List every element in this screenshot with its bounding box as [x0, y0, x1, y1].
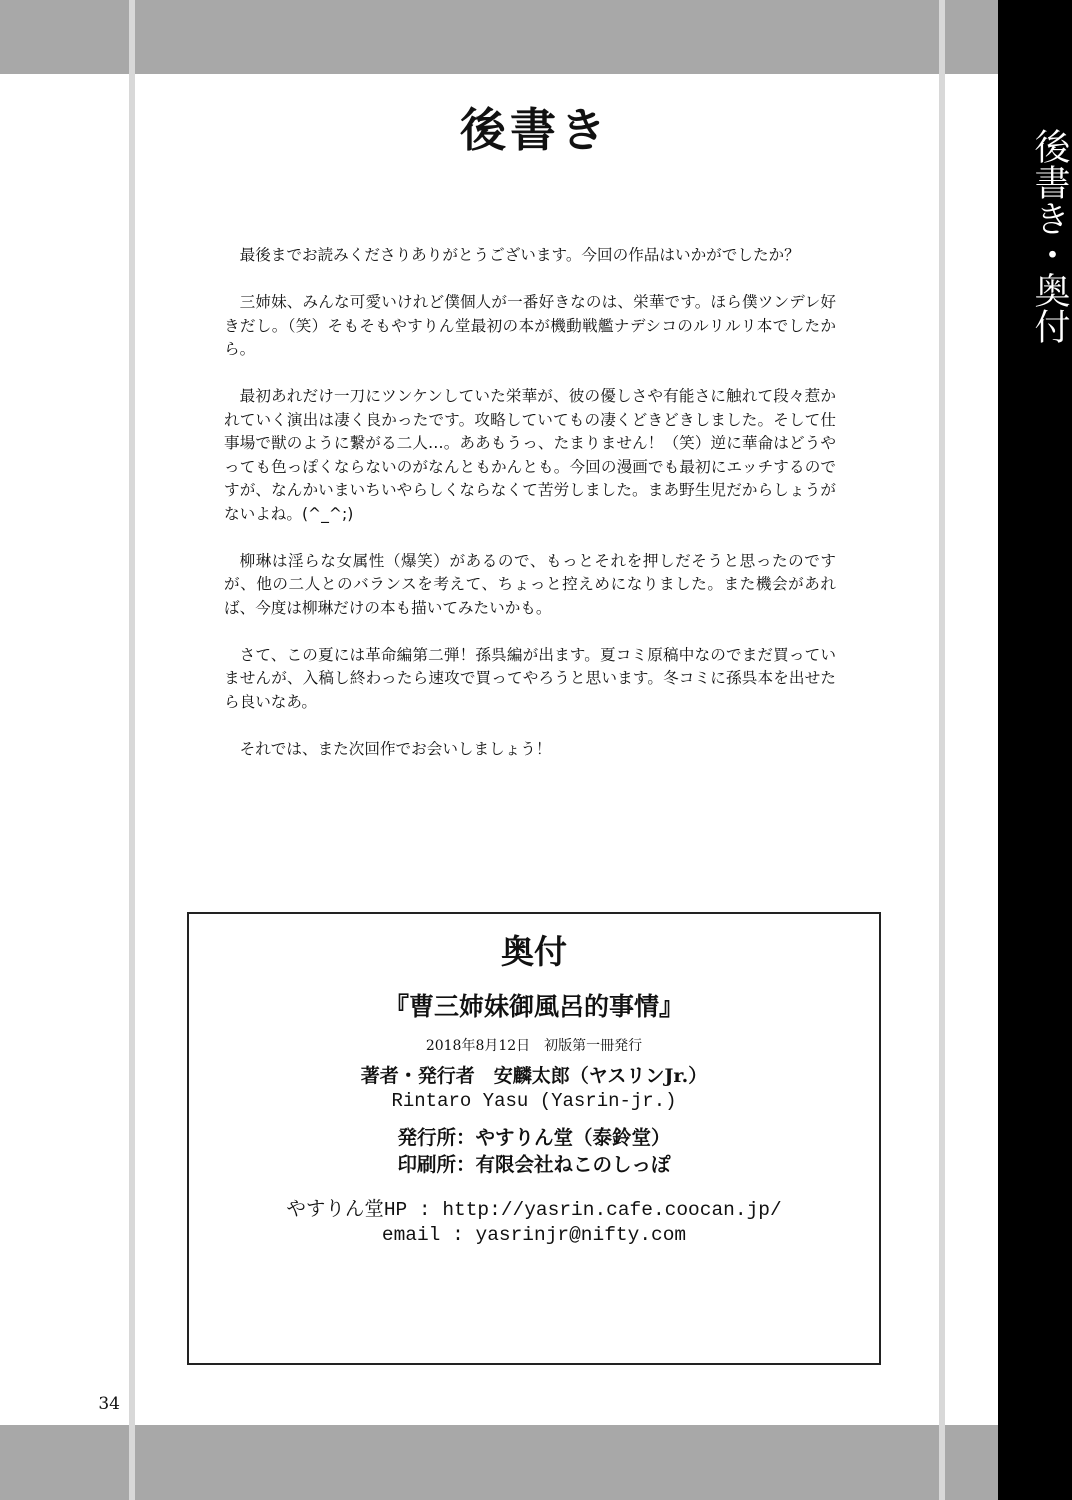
afterword-body: 最後までお読みくださりありがとうございます。今回の作品はいかがでしたか？ 三姉妹… — [224, 244, 836, 785]
afterword-paragraph: さて、この夏には革命編第二弾！孫呉編が出ます。夏コミ原稿中なのでまだ買っていませ… — [224, 644, 836, 715]
colophon-heading: 奥付 — [189, 930, 879, 974]
afterword-title: 後書き — [140, 100, 930, 160]
page-number: 34 — [84, 1392, 120, 1416]
right-guide-line — [939, 0, 945, 1500]
afterword-paragraph: 柳琳は淫らな女属性（爆笑）があるので、もっとそれを押しだそうと思ったのですが、他… — [224, 550, 836, 621]
colophon-box: 奥付 『曹三姉妹御風呂的事情』 2018年8月12日 初版第一冊発行 著者・発行… — [187, 912, 881, 1365]
author-romaji: Rintaro Yasu (Yasrin-jr.) — [189, 1089, 879, 1114]
publisher-line: 発行所：やすりん堂（泰鈴堂） — [189, 1124, 879, 1151]
book-title: 『曹三姉妹御風呂的事情』 — [189, 990, 879, 1024]
afterword-paragraph: 最初あれだけ一刀にツンケンしていた栄華が、彼の優しさや有能さに触れて段々惹かれて… — [224, 385, 836, 526]
top-margin-band — [0, 0, 998, 74]
bottom-margin-band — [0, 1425, 998, 1500]
left-guide-line — [129, 0, 135, 1500]
homepage-line: やすりん堂HP : http://yasrin.cafe.coocan.jp/ — [189, 1198, 879, 1223]
side-index-label: 後書き・奥付 — [998, 116, 1072, 356]
publication-date: 2018年8月12日 初版第一冊発行 — [189, 1036, 879, 1056]
afterword-paragraph: 三姉妹、みんな可愛いけれど僕個人が一番好きなのは、栄華です。ほら僕ツンデレ好きだ… — [224, 291, 836, 362]
author-line: 著者・発行者 安麟太郎（ヤスリンJr.） — [189, 1064, 879, 1089]
printer-line: 印刷所：有限会社ねこのしっぽ — [189, 1151, 879, 1178]
afterword-paragraph: 最後までお読みくださりありがとうございます。今回の作品はいかがでしたか？ — [224, 244, 836, 268]
email-line: email : yasrinjr@nifty.com — [189, 1223, 879, 1248]
side-index-tab: 後書き・奥付 — [998, 0, 1072, 1500]
afterword-paragraph: それでは、また次回作でお会いしましょう！ — [224, 738, 836, 762]
